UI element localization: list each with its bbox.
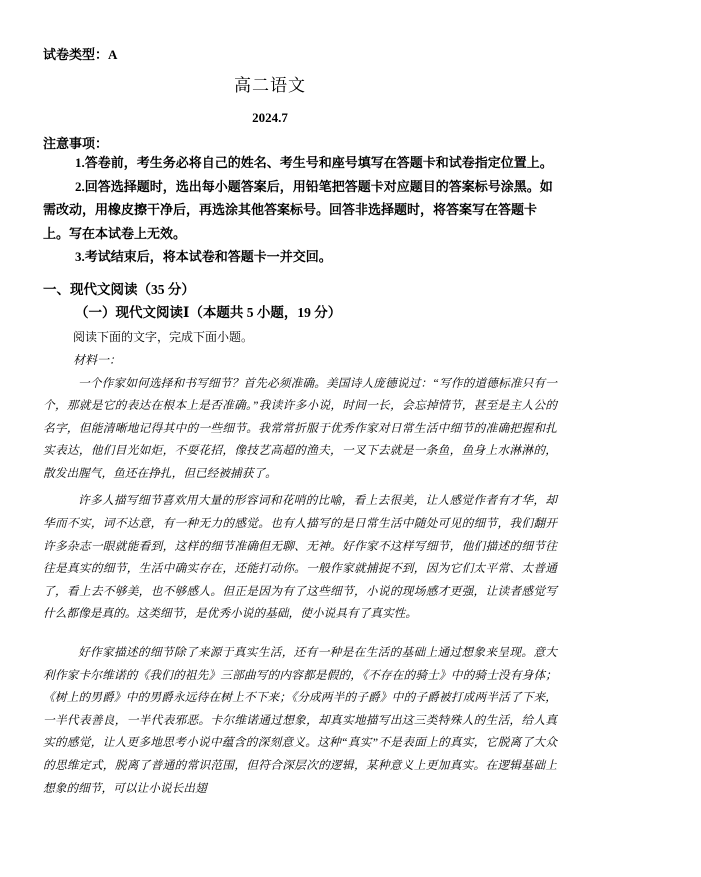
document-content: 试卷类型：A 高二语文 2024.7 注意事项： 1.答卷前，考生务必将自己的姓…	[43, 47, 557, 800]
notice-item-3: 3.考试结束后，将本试卷和答题卡一并交回。	[43, 245, 557, 269]
page-title: 高二语文	[43, 75, 497, 96]
section-heading-modern-reading: 一、现代文阅读（35 分）	[43, 282, 557, 298]
exam-paper-page: 试卷类型：A 高二语文 2024.7 注意事项： 1.答卷前，考生务必将自己的姓…	[0, 0, 701, 877]
notice-item-1: 1.答卷前，考生务必将自己的姓名、考生号和座号填写在答题卡和试卷指定位置上。	[43, 151, 557, 175]
material-paragraph-2: 许多人描写细节喜欢用大量的形容词和花哨的比喻，看上去很美，让人感觉作者有才华，却…	[43, 490, 557, 626]
title-block: 高二语文 2024.7	[43, 75, 497, 125]
notice-item-2: 2.回答选择题时，选出每小题答案后，用铅笔把答题卡对应题目的答案标号涂黑。如需改…	[43, 175, 557, 246]
notice-list: 1.答卷前，考生务必将自己的姓名、考生号和座号填写在答题卡和试卷指定位置上。 2…	[43, 151, 557, 269]
exam-type-label: 试卷类型：A	[43, 47, 557, 62]
notice-heading: 注意事项：	[43, 136, 557, 151]
material-one-label: 材料一：	[43, 353, 557, 368]
material-paragraph-3: 好作家描述的细节除了来源于真实生活，还有一种是在生活的基础上通过想象来呈现。意大…	[43, 642, 557, 800]
exam-date: 2024.7	[43, 111, 497, 125]
material-paragraph-1: 一个作家如何选择和书写细节？首先必须准确。美国诗人庞德说过：“写作的道德标准只有…	[43, 373, 557, 486]
material-text: 一个作家如何选择和书写细节？首先必须准确。美国诗人庞德说过：“写作的道德标准只有…	[43, 373, 557, 801]
subsection-heading-reading-1: （一）现代文阅读Ⅰ（本题共 5 小题，19 分）	[43, 305, 557, 321]
reading-instruction: 阅读下面的文字，完成下面小题。	[43, 330, 557, 345]
